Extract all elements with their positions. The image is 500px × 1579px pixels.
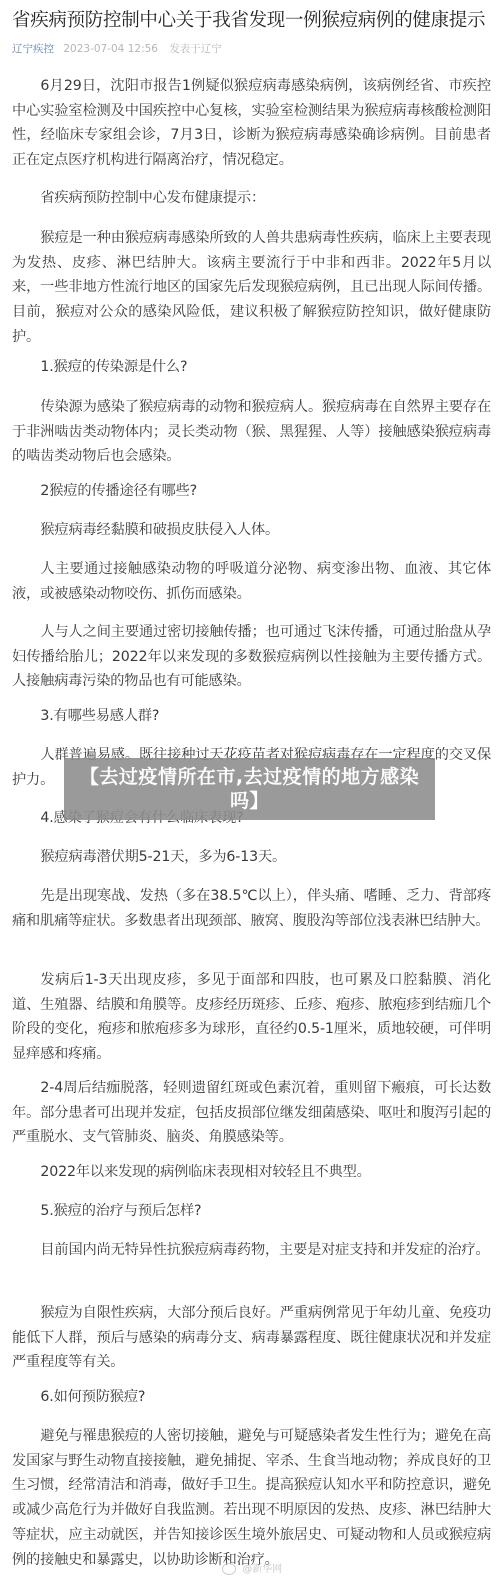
watermark-text: @新华网	[242, 1564, 282, 1575]
article-meta: 辽宁疾控 2023-07-04 12:56 发表于辽宁	[12, 42, 222, 56]
section-heading: 3.有哪些易感人群?	[12, 704, 491, 729]
paragraph: 2022年以来发现的病例临床表现相对较轻且不典型。	[12, 1160, 491, 1185]
paragraph: 猴痘为自限性疾病，大部分预后良好。严重病例常见于年幼儿童、免疫功能低下人群，预后…	[12, 1301, 491, 1375]
paragraph: 先是出现寒战、发热（多在38.5℃以上），伴头痛、嗜睡、乏力、背部疼痛和肌痛等症…	[12, 884, 491, 933]
section-heading: 1.猴痘的传染源是什么?	[12, 355, 491, 380]
paragraph: 省疾病预防控制中心发布健康提示：	[12, 186, 491, 211]
paragraph: 人主要通过接触感染动物的呼吸道分泌物、病变渗出物、血液、其它体液，或被感染动物咬…	[12, 557, 491, 606]
publish-location: 发表于辽宁	[169, 43, 222, 55]
paragraph: 人与人之间主要通过密切接触传播；也可通过飞沫传播，可通过胎盘从孕妇传播给胎儿；2…	[12, 620, 491, 694]
section-heading: 6.如何预防猴痘?	[12, 1385, 491, 1410]
article-title: 省疾病预防控制中心关于我省发现一例猴痘病例的健康提示	[12, 8, 492, 34]
paragraph: 猴痘是一种由猴痘病毒感染所致的人兽共患病毒性疾病，临床上主要表现为发热、皮疹、淋…	[12, 226, 491, 350]
headline-overlay-banner: 【去过疫情所在市,去过疫情的地方感染吗】	[64, 758, 435, 820]
section-heading: 5.猴痘的治疗与预后怎样?	[12, 1199, 491, 1224]
paragraph: 发病后1-3天出现皮疹，多见于面部和四肢，也可累及口腔黏膜、消化道、生殖器、结膜…	[12, 968, 491, 1067]
paragraph: 目前国内尚无特异性抗猴痘病毒药物，主要是对症支持和并发症的治疗。	[12, 1238, 491, 1263]
overlay-headline: 【去过疫情所在市,去过疫情的地方感染吗】	[80, 765, 420, 813]
paragraph: 2-4周后结痂脱落，轻则遗留红斑或色素沉着，重则留下瘢痕，可长达数年。部分患者可…	[12, 1076, 491, 1150]
paragraph: 传染源为感染了猴痘病毒的动物和猴痘病人。猴痘病毒在自然界主要存在于非洲啮齿类动物…	[12, 395, 491, 469]
publish-time: 2023-07-04 12:56	[63, 43, 158, 55]
paragraph: 猴痘病毒潜伏期5-21天，多为6-13天。	[12, 845, 491, 870]
watermark: @新华网	[222, 1560, 282, 1575]
section-heading: 2猴痘的传播途径有哪些?	[12, 479, 491, 504]
author-link[interactable]: 辽宁疾控	[12, 43, 54, 55]
weibo-logo-icon	[222, 1563, 236, 1575]
paragraph: 避免与罹患猴痘的人密切接触，避免与可疑感染者发生性行为；避免在高发国家与野生动物…	[12, 1424, 491, 1572]
paragraph: 6月29日，沈阳市报告1例疑似猴痘病毒感染病例，该病例经省、市疾控中心实验室检测…	[12, 74, 491, 173]
paragraph: 猴痘病毒经黏膜和破损皮肤侵入人体。	[12, 518, 491, 543]
